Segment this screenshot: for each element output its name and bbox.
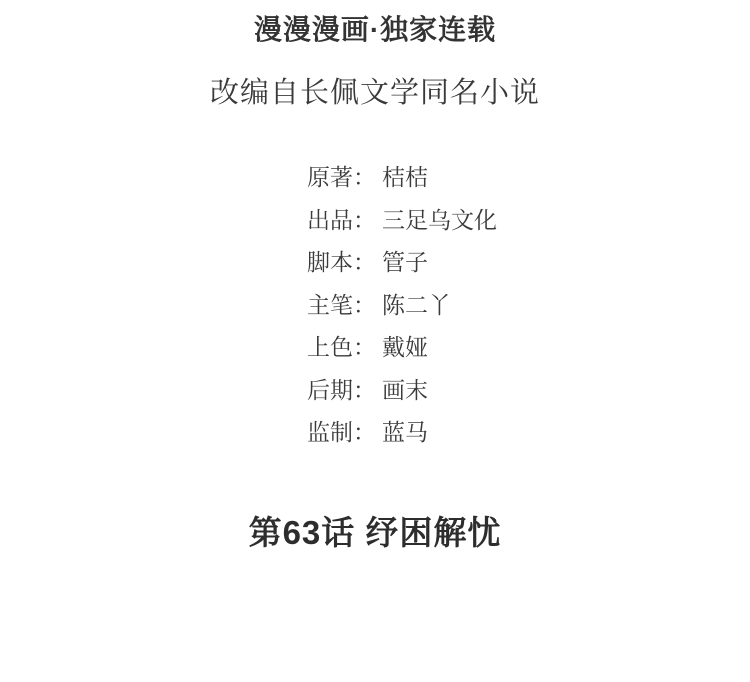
- credit-colon: ：: [353, 164, 376, 190]
- credit-role: 后期: [307, 377, 353, 403]
- credit-colon: ：: [353, 207, 376, 233]
- credit-row-producer: 出品：三足乌文化: [307, 199, 497, 242]
- credit-name: 管子: [382, 249, 428, 275]
- credits-list: 原著：桔桔 出品：三足乌文化 脚本：管子 主笔：陈二丫 上色：戴娅 后期：画末 …: [307, 156, 497, 454]
- credit-role: 监制: [307, 419, 353, 445]
- credit-row-post-production: 后期：画末: [307, 369, 497, 412]
- credit-row-colorist: 上色：戴娅: [307, 326, 497, 369]
- adaptation-note: 改编自长佩文学同名小说: [0, 70, 750, 111]
- credit-role: 原著: [307, 164, 353, 190]
- credit-name: 三足乌文化: [382, 207, 497, 233]
- credit-colon: ：: [353, 292, 376, 318]
- credit-colon: ：: [353, 334, 376, 360]
- episode-title: 第63话 纾困解忧: [0, 507, 750, 554]
- credit-name: 画末: [382, 377, 428, 403]
- credit-row-lead-artist: 主笔：陈二丫: [307, 284, 497, 327]
- credit-name: 陈二丫: [382, 292, 451, 318]
- credit-role: 上色: [307, 334, 353, 360]
- credit-colon: ：: [353, 419, 376, 445]
- credit-role: 脚本: [307, 249, 353, 275]
- credit-row-script: 脚本：管子: [307, 241, 497, 284]
- comic-credits-page: 漫漫漫画·独家连载 改编自长佩文学同名小说 原著：桔桔 出品：三足乌文化 脚本：…: [0, 0, 750, 682]
- credit-role: 主笔: [307, 292, 353, 318]
- credit-row-original-author: 原著：桔桔: [307, 156, 497, 199]
- credit-name: 戴娅: [382, 334, 428, 360]
- credit-colon: ：: [353, 377, 376, 403]
- credit-name: 桔桔: [382, 164, 428, 190]
- credit-role: 出品: [307, 207, 353, 233]
- credit-name: 蓝马: [382, 419, 428, 445]
- credit-row-supervisor: 监制：蓝马: [307, 411, 497, 454]
- platform-banner: 漫漫漫画·独家连载: [0, 8, 750, 48]
- credit-colon: ：: [353, 249, 376, 275]
